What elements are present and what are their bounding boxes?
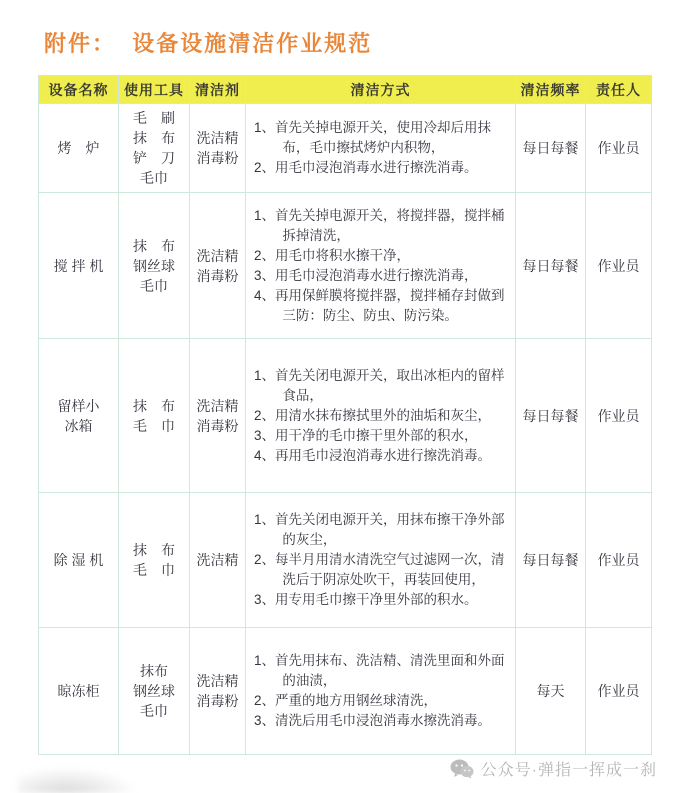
agent-line: 洗洁精 xyxy=(197,671,239,691)
equipment-line: 冰箱 xyxy=(65,416,93,436)
equipment-name: 晾冻柜 xyxy=(39,628,119,754)
cleaning-frequency: 每天 xyxy=(516,628,586,754)
agent-line: 洗洁精 xyxy=(197,396,239,416)
cleaning-agent: 洗洁精 消毒粉 xyxy=(190,104,246,192)
method-step: 2、用毛巾浸泡消毒水进行擦洗消毒。 xyxy=(254,158,513,178)
method-step: 3、用干净的毛巾擦干里外部的积水， xyxy=(254,426,513,446)
cleaning-method: 1、首先关掉电源开关，将搅拌器，搅拌桶拆掉清洗， 2、用毛巾将积水擦干净， 3、… xyxy=(246,193,516,338)
equipment-line: 除 湿 机 xyxy=(54,550,104,570)
method-step: 3、清洗后用毛巾浸泡消毒水擦洗消毒。 xyxy=(254,711,513,731)
header-responsible: 责任人 xyxy=(586,76,651,103)
cleaning-agent: 洗洁精 消毒粉 xyxy=(190,339,246,492)
tool-line: 毛巾 xyxy=(140,276,168,296)
method-step: 1、首先用抹布、洗洁精、清洗里面和外面的油渍， xyxy=(254,651,513,691)
tools: 抹布 钢丝球 毛巾 xyxy=(119,628,190,754)
cleaning-agent: 洗洁精 xyxy=(190,493,246,627)
responsible-person: 作业员 xyxy=(586,339,651,492)
table-row: 除 湿 机 抹 布 毛 巾 洗洁精 1、首先关闭电源开关，用抹布擦干净外部的灰尘… xyxy=(39,492,651,627)
watermark-text: 公众号·弹指一挥成一刹 xyxy=(481,757,657,780)
responsible-person: 作业员 xyxy=(586,104,651,192)
equipment-line: 搅 拌 机 xyxy=(54,256,104,276)
header-tools: 使用工具 xyxy=(119,76,190,103)
tool-line: 抹 布 xyxy=(133,128,175,148)
tools: 抹 布 毛 巾 xyxy=(119,493,190,627)
cleaning-agent: 洗洁精 消毒粉 xyxy=(190,193,246,338)
cleaning-frequency: 每日每餐 xyxy=(516,193,586,338)
table-row: 晾冻柜 抹布 钢丝球 毛巾 洗洁精 消毒粉 1、首先用抹布、洗洁精、清洗里面和外… xyxy=(39,627,651,754)
tool-line: 铲 刀 xyxy=(133,148,175,168)
tools: 抹 布 毛 巾 xyxy=(119,339,190,492)
tool-line: 毛 巾 xyxy=(133,560,175,580)
watermark: 公众号·弹指一挥成一刹 xyxy=(450,757,657,780)
header-equipment: 设备名称 xyxy=(39,76,119,103)
method-step: 4、再用保鲜膜将搅拌器，搅拌桶存封做到三防：防尘、防虫、防污染。 xyxy=(254,286,513,326)
method-step: 3、用毛巾浸泡消毒水进行擦洗消毒， xyxy=(254,266,513,286)
method-step: 1、首先关掉电源开关，将搅拌器，搅拌桶拆掉清洗， xyxy=(254,206,513,246)
tool-line: 抹布 xyxy=(140,661,168,681)
equipment-name: 烤 炉 xyxy=(39,104,119,192)
header-method: 清洁方式 xyxy=(246,76,516,103)
equipment-line: 烤 炉 xyxy=(58,138,100,158)
equipment-line: 晾冻柜 xyxy=(58,681,100,701)
header-agent: 清洁剂 xyxy=(190,76,246,103)
equipment-line: 留样小 xyxy=(58,396,100,416)
table-row: 搅 拌 机 抹 布 钢丝球 毛巾 洗洁精 消毒粉 1、首先关掉电源开关，将搅拌器… xyxy=(39,192,651,338)
method-step: 2、严重的地方用钢丝球清洗， xyxy=(254,691,513,711)
wechat-icon xyxy=(450,759,474,779)
agent-line: 洗洁精 xyxy=(197,246,239,266)
cleaning-frequency: 每日每餐 xyxy=(516,493,586,627)
cleaning-agent: 洗洁精 消毒粉 xyxy=(190,628,246,754)
agent-line: 洗洁精 xyxy=(197,128,239,148)
table-row: 留样小 冰箱 抹 布 毛 巾 洗洁精 消毒粉 1、首先关闭电源开关，取出冰柜内的… xyxy=(39,338,651,492)
responsible-person: 作业员 xyxy=(586,193,651,338)
cleaning-spec-table: 设备名称 使用工具 清洁剂 清洁方式 清洁频率 责任人 烤 炉 毛 刷 抹 布 … xyxy=(38,75,652,755)
agent-line: 消毒粉 xyxy=(197,416,239,436)
agent-line: 消毒粉 xyxy=(197,266,239,286)
agent-line: 消毒粉 xyxy=(197,691,239,711)
tool-line: 钢丝球 xyxy=(133,256,175,276)
cleaning-frequency: 每日每餐 xyxy=(516,104,586,192)
tool-line: 毛 刷 xyxy=(133,108,175,128)
method-step: 3、用专用毛巾擦干净里外部的积水。 xyxy=(254,590,513,610)
cleaning-frequency: 每日每餐 xyxy=(516,339,586,492)
method-step: 2、用清水抹布擦拭里外的油垢和灰尘， xyxy=(254,406,513,426)
tool-line: 抹 布 xyxy=(133,396,175,416)
tool-line: 抹 布 xyxy=(133,540,175,560)
equipment-name: 除 湿 机 xyxy=(39,493,119,627)
page-title: 附件： 设备设施清洁作业规范 xyxy=(44,27,372,58)
agent-line: 洗洁精 xyxy=(197,550,239,570)
equipment-name: 搅 拌 机 xyxy=(39,193,119,338)
tools: 毛 刷 抹 布 铲 刀 毛巾 xyxy=(119,104,190,192)
document-page: 附件： 设备设施清洁作业规范 设备名称 使用工具 清洁剂 清洁方式 清洁频率 责… xyxy=(0,0,683,793)
tools: 抹 布 钢丝球 毛巾 xyxy=(119,193,190,338)
header-frequency: 清洁频率 xyxy=(516,76,586,103)
equipment-name: 留样小 冰箱 xyxy=(39,339,119,492)
agent-line: 消毒粉 xyxy=(197,148,239,168)
method-step: 1、首先关闭电源开关，取出冰柜内的留样食品， xyxy=(254,366,513,406)
cleaning-method: 1、首先关掉电源开关，使用冷却后用抹布，毛巾擦拭烤炉内积物， 2、用毛巾浸泡消毒… xyxy=(246,104,516,192)
cleaning-method: 1、首先关闭电源开关，取出冰柜内的留样食品， 2、用清水抹布擦拭里外的油垢和灰尘… xyxy=(246,339,516,492)
method-step: 2、用毛巾将积水擦干净， xyxy=(254,246,513,266)
cleaning-method: 1、首先用抹布、洗洁精、清洗里面和外面的油渍， 2、严重的地方用钢丝球清洗， 3… xyxy=(246,628,516,754)
table-header-row: 设备名称 使用工具 清洁剂 清洁方式 清洁频率 责任人 xyxy=(39,76,651,103)
method-step: 4、再用毛巾浸泡消毒水进行擦洗消毒。 xyxy=(254,446,513,466)
method-step: 1、首先关闭电源开关，用抹布擦干净外部的灰尘， xyxy=(254,510,513,550)
cleaning-method: 1、首先关闭电源开关，用抹布擦干净外部的灰尘， 2、每半月用清水清洗空气过滤网一… xyxy=(246,493,516,627)
table-row: 烤 炉 毛 刷 抹 布 铲 刀 毛巾 洗洁精 消毒粉 1、首先关掉电源开关，使用… xyxy=(39,103,651,192)
tool-line: 毛 巾 xyxy=(133,416,175,436)
tool-line: 毛巾 xyxy=(140,168,168,188)
tool-line: 抹 布 xyxy=(133,236,175,256)
method-step: 2、每半月用清水清洗空气过滤网一次，清洗后于阴凉处吹干，再装回使用， xyxy=(254,550,513,590)
tool-line: 毛巾 xyxy=(140,701,168,721)
method-step: 1、首先关掉电源开关，使用冷却后用抹布，毛巾擦拭烤炉内积物， xyxy=(254,118,513,158)
responsible-person: 作业员 xyxy=(586,628,651,754)
tool-line: 钢丝球 xyxy=(133,681,175,701)
page-corner-shadow xyxy=(18,767,138,793)
responsible-person: 作业员 xyxy=(586,493,651,627)
